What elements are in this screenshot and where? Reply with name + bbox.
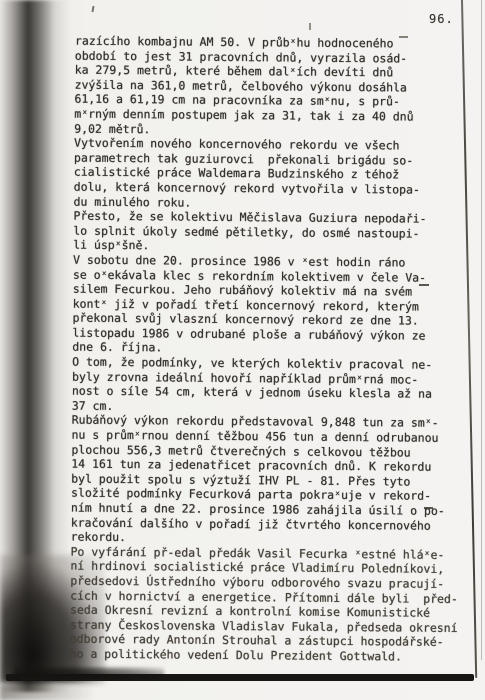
- page-edge-line-faint: [481, 0, 482, 660]
- paragraph-mining-progress: razícího kombajnu AM 50. V průbˣhu hodno…: [74, 34, 467, 140]
- scan-speck: [91, 6, 94, 12]
- typewritten-text-block: razícího kombajnu AM 50. V průbˣhu hodno…: [70, 34, 467, 665]
- scanned-document-page: 96. razícího kombajnu AM 50. V průbˣhu h…: [0, 0, 485, 700]
- page-number: 96.: [429, 12, 454, 26]
- scan-speck: [309, 23, 311, 30]
- paragraph-conditions: O tom, že podmínky, ve kterých kolektiv …: [72, 355, 464, 417]
- paragraph-record-figures: Rubáňový výkon rekordu představoval 9,84…: [71, 413, 464, 548]
- paragraph-ceremony: Po vyfárání př-edal předák Vasil Fecurka…: [70, 544, 463, 664]
- paragraph-december-20: V sobotu dne 20. prosince 1986 v ˣest ho…: [72, 252, 465, 358]
- scan-bottom-bar: [6, 674, 474, 681]
- paragraph-new-record: Vytvořením nového koncernového rekordu v…: [73, 136, 466, 212]
- scan-smudge-bottom-left: [0, 685, 95, 700]
- paragraph-guziur-collective: Přesto, že se kolektivu Měčislava Guziur…: [73, 209, 465, 256]
